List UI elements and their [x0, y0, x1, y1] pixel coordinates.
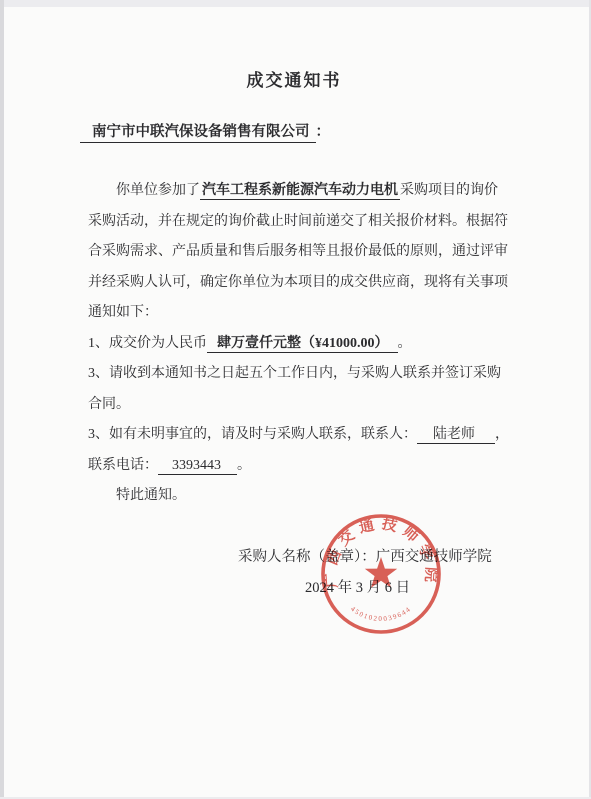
paragraph-line-3: 合采购需求、产品质量和售后服务相等且报价最低的原则，通过评审 — [88, 237, 502, 268]
paragraph-line-1: 你单位参加了汽车工程系新能源汽车动力电机采购项目的询价 — [88, 176, 502, 207]
page-title: 成交通知书 — [88, 66, 500, 91]
seal-serial-number-arc: 4501020039644 — [349, 605, 413, 623]
paragraph-line-2: 采购活动，并在规定的询价截止时间前递交了相关报价材料。根据符 — [88, 207, 502, 238]
scanned-notice-page: 成交通知书 南宁市中联汽保设备销售有限公司： 你单位参加了汽车工程系新能源汽车动… — [0, 0, 591, 799]
project-name-underlined: 汽车工程系新能源汽车动力电机 — [200, 183, 400, 200]
item-3-line-2: 联系电话：3393443。 — [88, 451, 502, 482]
paragraph-text: 采购项目的询价 — [400, 183, 498, 198]
official-seal-stamp: 广西交通技师学院 4501020039644 — [316, 509, 446, 639]
price-underlined: 肆万壹仟元整（¥41000.00） — [207, 336, 398, 353]
signature-line: 采购人名称（盖章）：广西交通技师学院 — [238, 545, 492, 566]
item-3-line-1: 3、如有未明事宜的，请及时与采购人联系，联系人：陆老师， — [88, 420, 502, 451]
purchaser-seal-label: 采购人名称（盖章）： — [238, 549, 376, 565]
paragraph-line-5: 通知如下： — [88, 298, 502, 329]
paragraph-line-4: 并经采购人认可，确定你单位为本项目的成交供应商，现将有关事项 — [88, 268, 502, 299]
phone-period: 。 — [237, 458, 251, 473]
item-3-comma: ， — [495, 427, 509, 442]
item-1-text: 1、成交价为人民币 — [88, 336, 207, 351]
recipient-line: 南宁市中联汽保设备销售有限公司： — [80, 120, 330, 141]
item-2-line-2: 合同。 — [88, 390, 502, 421]
item-1-price-line: 1、成交价为人民币肆万壹仟元整（¥41000.00）。 — [88, 329, 502, 360]
phone-number-underlined: 3393443 — [158, 458, 237, 475]
scan-edge-top — [0, 0, 591, 7]
closing-line: 特此通知。 — [88, 481, 502, 512]
recipient-company-name: 南宁市中联汽保设备销售有限公司 — [80, 124, 316, 143]
item-1-period: 。 — [398, 336, 412, 351]
purchaser-org-name: 广西交通技师学院 — [376, 549, 492, 565]
phone-label: 联系电话： — [88, 458, 158, 473]
scan-edge-left — [0, 0, 4, 799]
item-2-line-1: 3、请收到本通知书之日起五个工作日内，与采购人联系并签订采购 — [88, 359, 502, 390]
item-3-text: 3、如有未明事宜的，请及时与采购人联系，联系人： — [88, 427, 417, 442]
paragraph-text: 你单位参加了 — [116, 183, 200, 198]
recipient-colon: ： — [316, 124, 331, 140]
signature-date: 2024 年 3 月 6 日 — [305, 576, 410, 597]
seal-ring — [323, 516, 439, 632]
contact-person-underlined: 陆老师 — [417, 427, 495, 444]
notice-text: 你单位参加了汽车工程系新能源汽车动力电机采购项目的询价 采购活动，并在规定的询价… — [88, 176, 502, 512]
